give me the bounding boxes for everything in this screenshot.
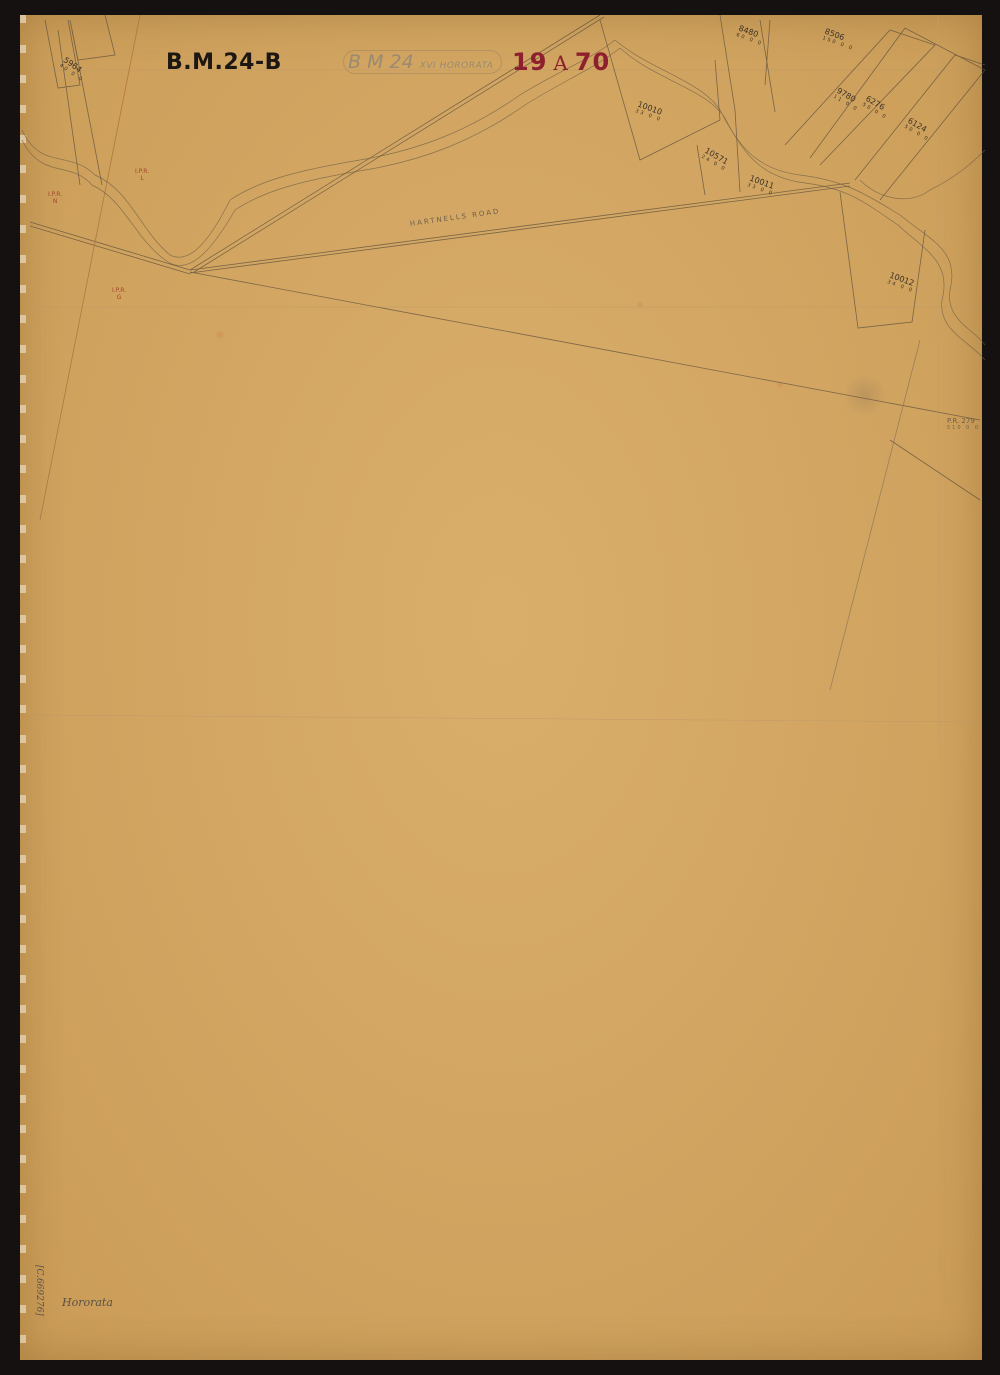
stamp-left: 19: [512, 48, 547, 76]
sheet-id-label: B.M.24-B: [166, 50, 282, 75]
pr-279-label: P.R. 279510 0 0: [947, 417, 980, 431]
reserve-label: I.P.R.L: [135, 168, 149, 182]
stamp-right: 70: [575, 48, 610, 76]
handwritten-place-name: Hororata: [62, 1296, 113, 1309]
reserve-label: I.P.R.N: [48, 191, 62, 205]
pencil-reference-main: B M 24: [348, 51, 414, 73]
stamp-middle: A: [553, 51, 568, 75]
reserve-label: I.P.R.G: [112, 287, 126, 301]
handwritten-archive-ref: [C.669276]: [34, 1265, 44, 1316]
red-stamp-label: 19A70: [512, 48, 610, 76]
pencil-reference-suffix: XVI HORORATA: [420, 61, 494, 71]
survey-linework: [0, 0, 1000, 1375]
pencil-reference-label: B M 24 XVI HORORATA: [343, 50, 502, 74]
